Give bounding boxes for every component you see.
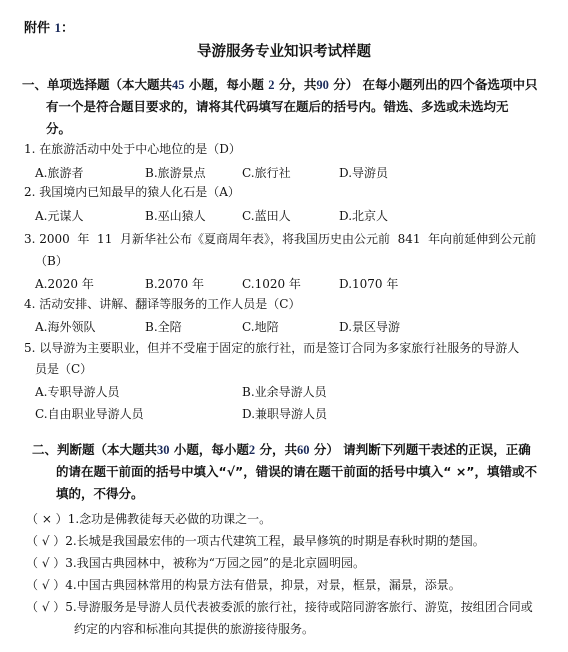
- tf-text: 5.导游服务是导游人员代表被委派的旅行社，接待或陪同游客旅行、游览，按组团合同或: [65, 600, 532, 614]
- section2-suffix: 分） 请判断下列题干表述的正误，正确: [309, 442, 530, 457]
- question-1-stem: 1. 在旅游活动中处于中心地位的是（D）: [24, 141, 241, 157]
- q5-option-b: B.业余导游人员: [242, 383, 327, 400]
- section1-heading-line1: 一、单项选择题（本大题共45 小题，每小题 2 分，共90 分） 在每小题列出的…: [22, 74, 538, 96]
- question-5-stem-cont: 员是（C）: [35, 361, 92, 377]
- section2-mid1: 小题，每小题: [170, 442, 249, 457]
- section1-heading-line3: 分。: [46, 118, 71, 139]
- section1-mid1: 小题，每小题: [185, 77, 269, 92]
- question-2-stem: 2. 我国境内已知最早的猿人化石是（A）: [24, 184, 240, 200]
- question-3-stem: 3. 2000 年 11 月新华社公布《夏商周年表》，将我国历史由公元前 841…: [24, 231, 536, 247]
- section1-prefix: 一、单项选择题（本大题共: [22, 77, 172, 92]
- q1-option-b: B.旅游景点: [145, 164, 206, 181]
- section1-total: 90: [316, 78, 329, 92]
- q5-option-c: C.自由职业导游人员: [35, 405, 144, 422]
- tf-mark: （ √ ）: [26, 534, 65, 548]
- q3-option-a: A.2020 年: [35, 275, 94, 292]
- section1-count: 45: [172, 78, 185, 92]
- question-3-stem-cont: （B）: [35, 253, 68, 269]
- tf-mark: （ √ ）: [26, 556, 65, 570]
- section2-heading-line2: 的请在题干前面的括号中填入“√”，错误的请在题干前面的括号中填入“ ×”，填错或…: [56, 461, 537, 482]
- section2-total: 60: [297, 443, 310, 457]
- tf-text: 4.中国古典园林常用的构景方法有借景，抑景，对景，框景，漏景，添景。: [65, 578, 460, 592]
- q1-option-c: C.旅行社: [242, 164, 291, 181]
- q4-option-a: A.海外领队: [35, 318, 95, 335]
- tf-item-1: （ × ）1.念功是佛教徒每天必做的功课之一。: [26, 510, 271, 527]
- section2-mid2: 分，共: [255, 442, 297, 457]
- q3-option-c: C.1020 年: [242, 275, 301, 292]
- q1-option-a: A.旅游者: [35, 164, 83, 181]
- tf-item-5-cont: 约定的内容和标准向其提供的旅游接待服务。: [74, 620, 314, 637]
- page-title: 导游服务专业知识考试样题: [0, 40, 568, 61]
- q5-option-a: A.专职导游人员: [35, 383, 119, 400]
- tf-text: 1.念功是佛教徒每天必做的功课之一。: [68, 512, 271, 526]
- tf-item-5: （ √ ）5.导游服务是导游人员代表被委派的旅行社，接待或陪同游客旅行、游览，按…: [26, 598, 533, 615]
- q2-option-c: C.蓝田人: [242, 207, 291, 224]
- tf-mark: （ √ ）: [26, 578, 65, 592]
- question-4-stem: 4. 活动安排、讲解、翻译等服务的工作人员是（C）: [24, 296, 300, 312]
- q3-option-b: B.2070 年: [145, 275, 204, 292]
- q1-option-d: D.导游员: [339, 164, 388, 181]
- q4-option-b: B.全陪: [145, 318, 182, 335]
- q2-option-a: A.元谋人: [35, 207, 83, 224]
- tf-item-3: （ √ ）3.我国古典园林中，被称为“万园之园”的是北京圆明园。: [26, 554, 365, 571]
- attachment-colon: ：: [61, 21, 74, 36]
- q4-option-c: C.地陪: [242, 318, 279, 335]
- section2-heading-line3: 填的，不得分。: [56, 483, 144, 504]
- tf-item-2: （ √ ）2.长城是我国最宏伟的一项古代建筑工程，最早修筑的时期是春秋时期的楚国…: [26, 532, 485, 549]
- q2-option-b: B.巫山猿人: [145, 207, 206, 224]
- section1-heading-line2: 有一个是符合题目要求的，请将其代码填写在题后的括号内。错选、多选或未选均无: [46, 96, 509, 117]
- tf-text: 2.长城是我国最宏伟的一项古代建筑工程，最早修筑的时期是春秋时期的楚国。: [65, 534, 484, 548]
- q4-option-d: D.景区导游: [339, 318, 400, 335]
- question-5-stem: 5. 以导游为主要职业，但并不受雇于固定的旅行社，而是签订合同为多家旅行社服务的…: [24, 340, 519, 356]
- section2-heading-line1: 二、判断题（本大题共30 小题，每小题2 分，共60 分） 请判断下列题干表述的…: [32, 439, 531, 461]
- attachment-text: 附件: [24, 21, 50, 36]
- q3-option-d: D.1070 年: [339, 275, 398, 292]
- q2-option-d: D.北京人: [339, 207, 388, 224]
- section1-suffix: 分） 在每小题列出的四个备选项中只: [329, 77, 538, 92]
- attachment-label: 附件 1：: [24, 17, 74, 36]
- section1-mid2: 分，共: [274, 77, 316, 92]
- section2-count: 30: [157, 443, 170, 457]
- tf-mark: （ × ）: [26, 512, 68, 526]
- section2-prefix: 二、判断题（本大题共: [32, 442, 157, 457]
- q5-option-d: D.兼职导游人员: [242, 405, 327, 422]
- tf-item-4: （ √ ）4.中国古典园林常用的构景方法有借景，抑景，对景，框景，漏景，添景。: [26, 576, 461, 593]
- tf-text: 3.我国古典园林中，被称为“万园之园”的是北京圆明园。: [65, 556, 365, 570]
- tf-mark: （ √ ）: [26, 600, 65, 614]
